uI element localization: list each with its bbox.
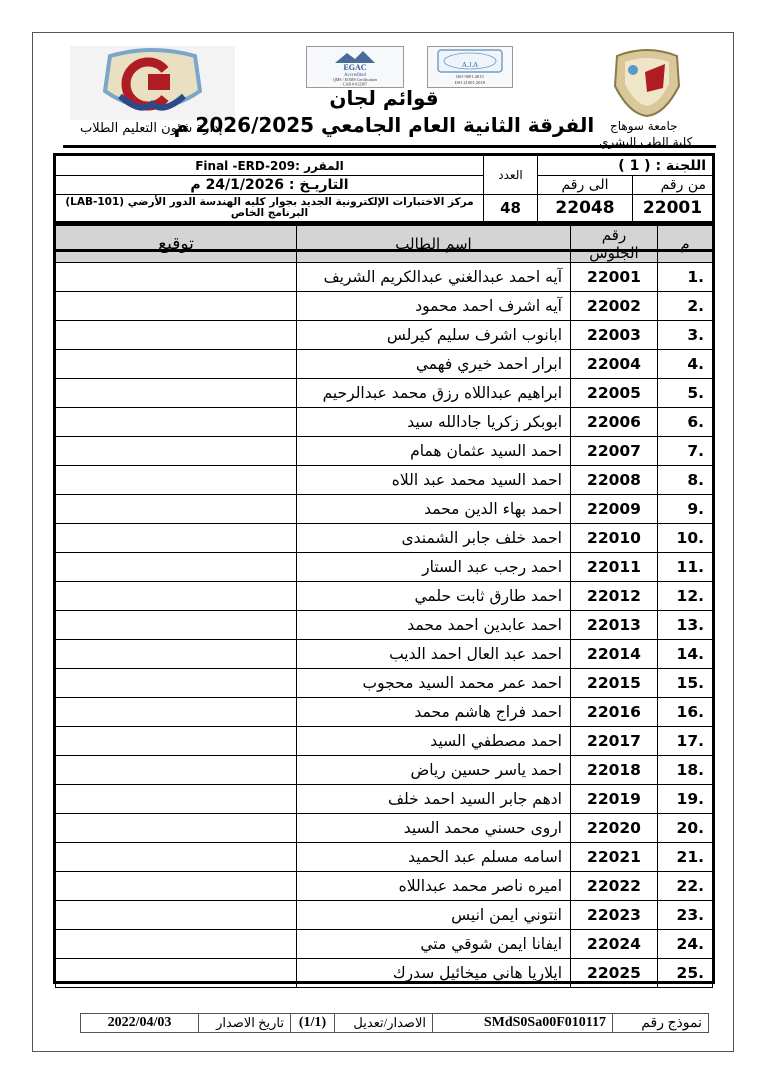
from-label: من رقم xyxy=(633,176,713,195)
table-row: .2522025ايلاريا هاني ميخائيل سدرك xyxy=(56,959,713,988)
seat-number: 22019 xyxy=(571,785,658,814)
table-row: .522005ابراهيم عبداللاه رزق محمد عبدالرح… xyxy=(56,379,713,408)
row-index: .12 xyxy=(658,582,713,611)
row-index: .5 xyxy=(658,379,713,408)
table-row: .2022020اروى حسني محمد السيد xyxy=(56,814,713,843)
to-value: 22048 xyxy=(538,195,633,222)
row-index: .17 xyxy=(658,727,713,756)
row-index: .1 xyxy=(658,263,713,292)
signature-cell xyxy=(56,263,297,292)
svg-text:ISO 9001:2015: ISO 9001:2015 xyxy=(456,74,484,79)
table-header-row: م رقم الجلوس اسم الطالب توقيع xyxy=(56,226,713,263)
header-student-name: اسم الطالب xyxy=(297,226,571,263)
row-index: .25 xyxy=(658,959,713,988)
table-row: .922009احمد بهاء الدين محمد xyxy=(56,495,713,524)
row-index: .18 xyxy=(658,756,713,785)
edition-label: الاصدار/تعديل xyxy=(335,1014,433,1033)
seat-number: 22006 xyxy=(571,408,658,437)
signature-cell xyxy=(56,582,297,611)
seat-number: 22013 xyxy=(571,611,658,640)
form-number-label: نموذج رقم xyxy=(613,1014,709,1033)
student-name: احمد فراج هاشم محمد xyxy=(297,698,571,727)
row-index: .8 xyxy=(658,466,713,495)
committee-info-table: اللجنة : ( 1 ) العدد المقرر :Final -ERD-… xyxy=(55,155,713,222)
table-row: .2422024ايفانا ايمن شوقي متي xyxy=(56,930,713,959)
issue-date-label: تاريخ الاصدار xyxy=(199,1014,291,1033)
table-row: .1422014احمد عبد العال احمد الديب xyxy=(56,640,713,669)
student-name: احمد ياسر حسين رياض xyxy=(297,756,571,785)
header-signature: توقيع xyxy=(56,226,297,263)
committee-label: اللجنة : ( 1 ) xyxy=(538,156,713,176)
egac-certification-logo: EGAC Accredited QMS / EOMS Certification… xyxy=(306,46,404,88)
student-name: احمد السيد محمد عبد اللاه xyxy=(297,466,571,495)
seat-number: 22011 xyxy=(571,553,658,582)
student-name: احمد عابدين احمد محمد xyxy=(297,611,571,640)
row-index: .6 xyxy=(658,408,713,437)
student-name: احمد عمر محمد السيد محجوب xyxy=(297,669,571,698)
seat-number: 22008 xyxy=(571,466,658,495)
signature-cell xyxy=(56,437,297,466)
student-name: آيه اشرف احمد محمود xyxy=(297,292,571,321)
signature-cell xyxy=(56,959,297,988)
student-name: اميره ناصر محمد عبداللاه xyxy=(297,872,571,901)
student-name: احمد طارق ثابت حلمي xyxy=(297,582,571,611)
row-index: .13 xyxy=(658,611,713,640)
row-index: .9 xyxy=(658,495,713,524)
to-label: الى رقم xyxy=(538,176,633,195)
table-row: .2122021اسامه مسلم عبد الحميد xyxy=(56,843,713,872)
row-index: .24 xyxy=(658,930,713,959)
table-row: .1822018احمد ياسر حسين رياض xyxy=(56,756,713,785)
seat-number: 22018 xyxy=(571,756,658,785)
signature-cell xyxy=(56,408,297,437)
header-index: م xyxy=(658,226,713,263)
students-table: م رقم الجلوس اسم الطالب توقيع .122001آيه… xyxy=(55,225,713,988)
seat-number: 22005 xyxy=(571,379,658,408)
table-row: .1722017احمد مصطفي السيد xyxy=(56,727,713,756)
student-name: احمد عبد العال احمد الديب xyxy=(297,640,571,669)
student-name: ابرار احمد خيري فهمي xyxy=(297,350,571,379)
row-index: .20 xyxy=(658,814,713,843)
row-index: .22 xyxy=(658,872,713,901)
from-value: 22001 xyxy=(633,195,713,222)
university-name: جامعة سوهاج xyxy=(610,119,678,133)
signature-cell xyxy=(56,524,297,553)
table-row: .1622016احمد فراج هاشم محمد xyxy=(56,698,713,727)
svg-text:ISO 21001:2018: ISO 21001:2018 xyxy=(455,80,486,85)
table-row: .722007احمد السيد عثمان همام xyxy=(56,437,713,466)
table-row: .1322013احمد عابدين احمد محمد xyxy=(56,611,713,640)
seat-number: 22010 xyxy=(571,524,658,553)
header-divider xyxy=(63,145,716,148)
student-name: ادهم جابر السيد احمد خلف xyxy=(297,785,571,814)
signature-cell xyxy=(56,785,297,814)
seat-number: 22020 xyxy=(571,814,658,843)
seat-number: 22025 xyxy=(571,959,658,988)
student-name: انتوني ايمن انيس xyxy=(297,901,571,930)
row-index: .23 xyxy=(658,901,713,930)
seat-number: 22016 xyxy=(571,698,658,727)
table-row: .822008احمد السيد محمد عبد اللاه xyxy=(56,466,713,495)
header-seat-number: رقم الجلوس xyxy=(571,226,658,263)
seat-number: 22012 xyxy=(571,582,658,611)
svg-text:A.J.A: A.J.A xyxy=(462,61,478,69)
row-index: .7 xyxy=(658,437,713,466)
signature-cell xyxy=(56,727,297,756)
exam-date: التاريـخ : 24/1/2026 م xyxy=(56,176,484,195)
seat-number: 22023 xyxy=(571,901,658,930)
table-row: .122001آيه احمد عبدالغني عبدالكريم الشري… xyxy=(56,263,713,292)
egac-text: EGAC xyxy=(343,63,366,72)
row-index: .2 xyxy=(658,292,713,321)
seat-number: 22014 xyxy=(571,640,658,669)
row-index: .21 xyxy=(658,843,713,872)
signature-cell xyxy=(56,756,297,785)
seat-number: 22024 xyxy=(571,930,658,959)
table-row: .622006ابوبكر زكريا جادالله سيد xyxy=(56,408,713,437)
signature-cell xyxy=(56,379,297,408)
row-index: .15 xyxy=(658,669,713,698)
seat-number: 22021 xyxy=(571,843,658,872)
student-name: احمد بهاء الدين محمد xyxy=(297,495,571,524)
signature-cell xyxy=(56,669,297,698)
seat-number: 22004 xyxy=(571,350,658,379)
table-row: .222002آيه اشرف احمد محمود xyxy=(56,292,713,321)
signature-cell xyxy=(56,350,297,379)
form-number-value: SMdS0Sa00F010117 xyxy=(433,1014,613,1033)
seat-number: 22007 xyxy=(571,437,658,466)
table-row: .1122011احمد رجب عبد الستار xyxy=(56,553,713,582)
signature-cell xyxy=(56,292,297,321)
signature-cell xyxy=(56,466,297,495)
location-line-2: البرنامج الخاص xyxy=(62,208,477,219)
row-index: .4 xyxy=(658,350,713,379)
table-row: .2322023انتوني ايمن انيس xyxy=(56,901,713,930)
row-index: .10 xyxy=(658,524,713,553)
signature-cell xyxy=(56,553,297,582)
table-row: .1522015احمد عمر محمد السيد محجوب xyxy=(56,669,713,698)
seat-number: 22001 xyxy=(571,263,658,292)
signature-cell xyxy=(56,321,297,350)
row-index: .11 xyxy=(658,553,713,582)
signature-cell xyxy=(56,843,297,872)
signature-cell xyxy=(56,872,297,901)
table-row: .422004ابرار احمد خيري فهمي xyxy=(56,350,713,379)
seat-number: 22017 xyxy=(571,727,658,756)
count-label: العدد xyxy=(484,156,538,195)
issue-date-value: 2022/04/03 xyxy=(81,1014,199,1033)
table-row: .1922019ادهم جابر السيد احمد خلف xyxy=(56,785,713,814)
exam-location: مركز الاختبارات الإلكترونية الجديد بجوار… xyxy=(56,195,484,222)
student-name: آيه احمد عبدالغني عبدالكريم الشريف xyxy=(297,263,571,292)
signature-cell xyxy=(56,930,297,959)
table-row: .1022010احمد خلف جابر الشمندى xyxy=(56,524,713,553)
table-row: .1222012احمد طارق ثابت حلمي xyxy=(56,582,713,611)
student-name: ابانوب اشرف سليم كيرلس xyxy=(297,321,571,350)
row-index: .16 xyxy=(658,698,713,727)
table-row: .2222022اميره ناصر محمد عبداللاه xyxy=(56,872,713,901)
table-row: .322003ابانوب اشرف سليم كيرلس xyxy=(56,321,713,350)
signature-cell xyxy=(56,814,297,843)
course-label: المقرر :Final -ERD-209 xyxy=(56,156,484,176)
student-name: ابوبكر زكريا جادالله سيد xyxy=(297,408,571,437)
seat-number: 22015 xyxy=(571,669,658,698)
student-name: احمد مصطفي السيد xyxy=(297,727,571,756)
count-value: 48 xyxy=(484,195,538,222)
student-name: اروى حسني محمد السيد xyxy=(297,814,571,843)
signature-cell xyxy=(56,698,297,727)
student-name: ايفانا ايمن شوقي متي xyxy=(297,930,571,959)
student-name: احمد خلف جابر الشمندى xyxy=(297,524,571,553)
row-index: .19 xyxy=(658,785,713,814)
form-footer: نموذج رقم SMdS0Sa00F010117 الاصدار/تعديل… xyxy=(80,1013,709,1033)
header-row-divider xyxy=(55,249,713,252)
seat-number: 22003 xyxy=(571,321,658,350)
seat-number: 22002 xyxy=(571,292,658,321)
edition-value: (1/1) xyxy=(291,1014,335,1033)
row-index: .3 xyxy=(658,321,713,350)
signature-cell xyxy=(56,495,297,524)
row-index: .14 xyxy=(658,640,713,669)
signature-cell xyxy=(56,611,297,640)
signature-cell xyxy=(56,640,297,669)
seat-number: 22022 xyxy=(571,872,658,901)
students-table-body: .122001آيه احمد عبدالغني عبدالكريم الشري… xyxy=(56,263,713,988)
signature-cell xyxy=(56,901,297,930)
student-name: ايلاريا هاني ميخائيل سدرك xyxy=(297,959,571,988)
student-name: احمد السيد عثمان همام xyxy=(297,437,571,466)
student-name: اسامه مسلم عبد الحميد xyxy=(297,843,571,872)
student-name: ابراهيم عبداللاه رزق محمد عبدالرحيم xyxy=(297,379,571,408)
seat-number: 22009 xyxy=(571,495,658,524)
aja-certification-logo: A.J.A ISO 9001:2015 ISO 21001:2018 xyxy=(427,46,513,88)
student-name: احمد رجب عبد الستار xyxy=(297,553,571,582)
